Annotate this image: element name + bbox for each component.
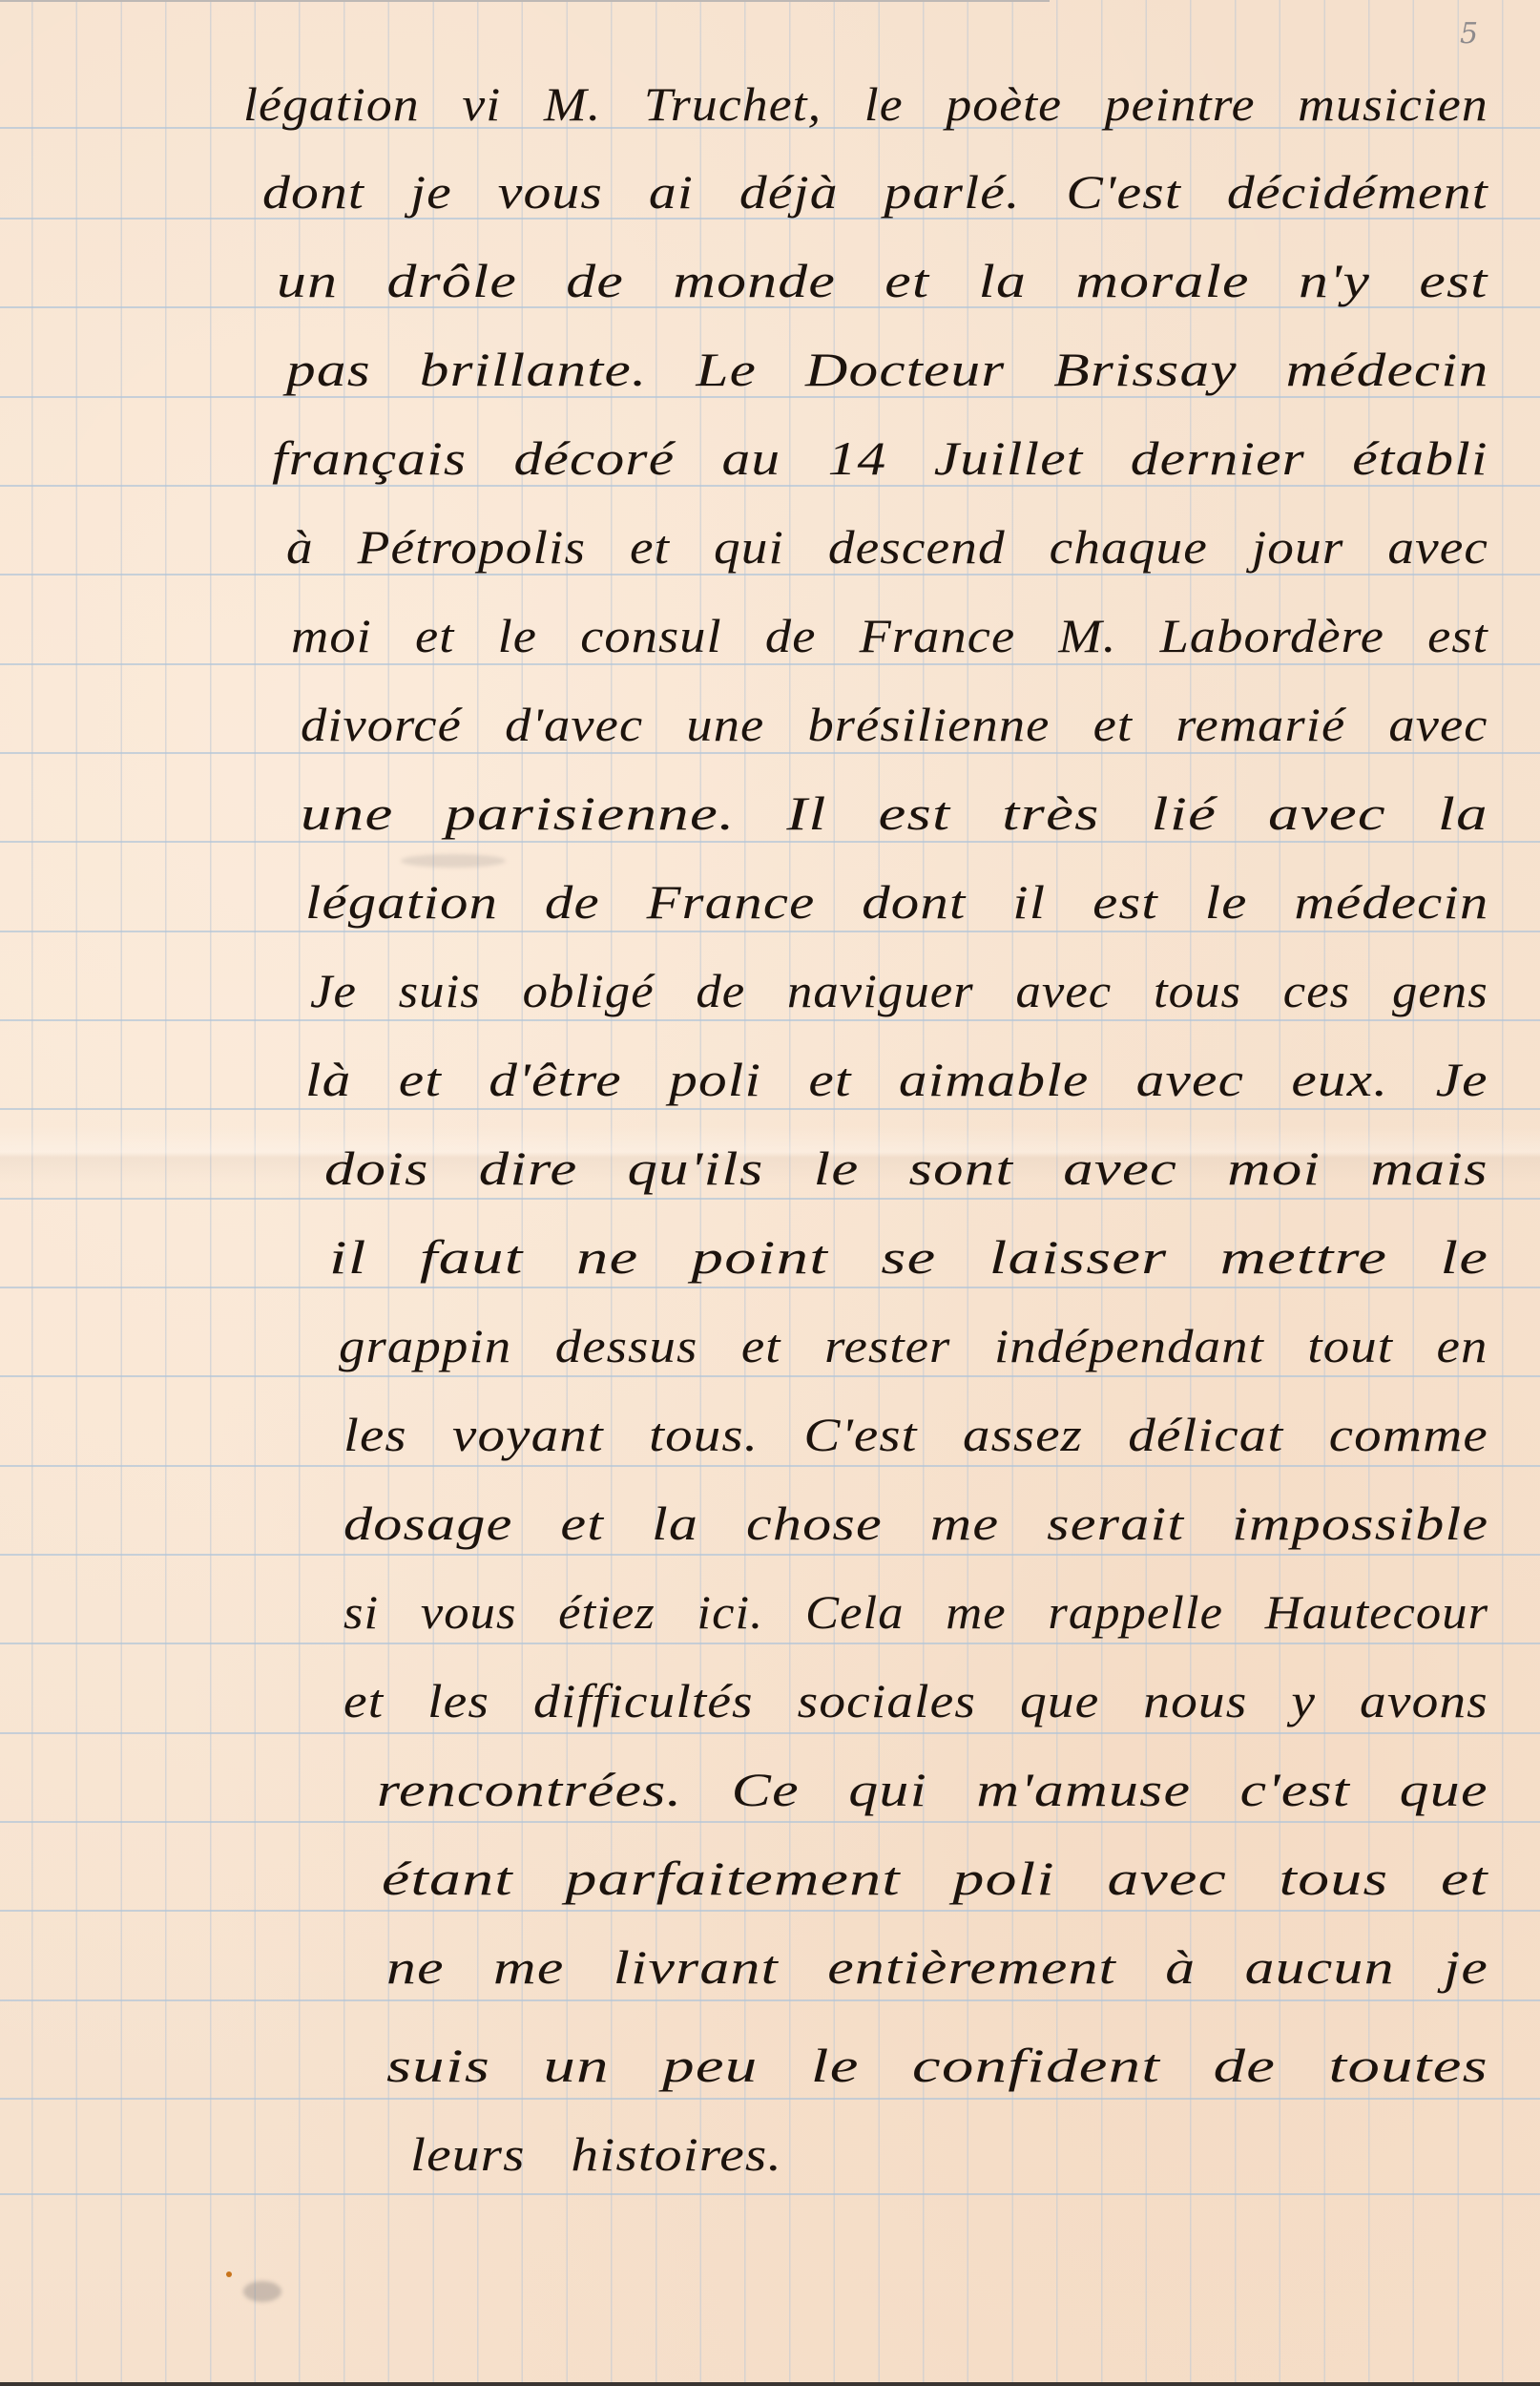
letter-line: Je suis obligé de naviguer avec tous ces… (310, 963, 1540, 1039)
letter-line: dois dire qu'ils le sont avec moi mais (324, 1141, 1540, 1217)
letter-line: suis un peu le confident de toutes (386, 2038, 1540, 2114)
page-bottom-edge (0, 2382, 1540, 2386)
letter-line: légation de France dont il est le médeci… (305, 874, 1540, 951)
letter-line: et les difficultés sociales que nous y a… (343, 1673, 1540, 1749)
letter-line: ne me livrant entièrement à aucun je (386, 1939, 1540, 2016)
letter-page: 5 légation vi M. Truchet, le poète peint… (0, 0, 1540, 2386)
letter-line: un drôle de monde et la morale n'y est (277, 253, 1540, 329)
letter-line: il faut ne point se laisser mettre le (329, 1229, 1540, 1306)
letter-line: pas brillante. Le Docteur Brissay médeci… (286, 342, 1540, 418)
letter-line: français décoré au 14 Juillet dernier ét… (272, 430, 1540, 507)
page-number: 5 (1460, 17, 1478, 51)
letter-line: si vous étiez ici. Cela me rappelle Haut… (343, 1584, 1540, 1661)
ink-smudge (243, 2281, 281, 2302)
letter-line: légation vi M. Truchet, le poète peintre… (243, 76, 1540, 153)
letter-line: divorcé d'avec une brésilienne et remari… (301, 697, 1540, 773)
letter-line: grappin dessus et rester indépendant tou… (339, 1318, 1540, 1394)
letter-line: les voyant tous. C'est assez délicat com… (343, 1407, 1540, 1483)
letter-line: rencontrées. Ce qui m'amuse c'est que (377, 1762, 1540, 1838)
letter-line: dosage et la chose me serait impossible (343, 1496, 1540, 1572)
paper-speck (226, 2271, 232, 2277)
page-top-edge (0, 0, 1050, 2)
letter-line: leurs histoires. (410, 2126, 1540, 2203)
letter-line: dont je vous ai déjà parlé. C'est décidé… (262, 164, 1540, 241)
letter-line: à Pétropolis et qui descend chaque jour … (286, 519, 1540, 596)
letter-line: là et d'être poli et aimable avec eux. J… (305, 1052, 1540, 1128)
letter-line: étant parfaitement poli avec tous et (382, 1851, 1540, 1927)
letter-line: une parisienne. Il est très lié avec la (301, 785, 1540, 862)
letter-line: moi et le consul de France M. Labordère … (291, 608, 1540, 684)
